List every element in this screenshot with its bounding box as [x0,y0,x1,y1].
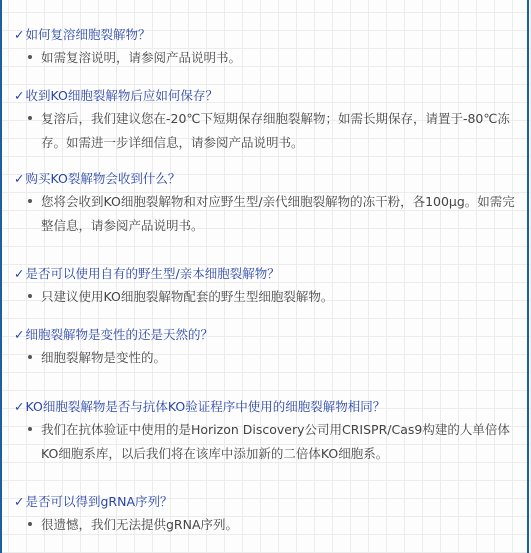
faq-answer: 很遗憾，我们无法提供gRNA序列。 [28,513,516,537]
faq-question: ✓如何复溶细胞裂解物？ [14,26,151,44]
faq-question: ✓收到KO细胞裂解物后应如何保存？ [14,87,218,105]
faq-answer: 您将会收到KO细胞裂解物和对应野生型/亲代细胞裂解物的冻干粉，各100μg。如需… [28,190,516,238]
check-icon: ✓ [14,27,24,42]
answer-text: 您将会收到KO细胞裂解物和对应野生型/亲代细胞裂解物的冻干粉，各100μg。如需… [28,190,516,238]
answer-text: 只建议使用KO细胞裂解物配套的野生型细胞裂解物。 [28,285,516,309]
answer-text: 很遗憾，我们无法提供gRNA序列。 [28,513,516,537]
bullet-icon [28,199,32,203]
faq-question: ✓购买KO裂解物会收到什么？ [14,170,180,188]
check-icon: ✓ [14,327,24,342]
faq-question: ✓是否可以使用自有的野生型/亲本细胞裂解物？ [14,265,280,283]
question-text: 收到KO细胞裂解物后应如何保存？ [25,88,217,103]
faq-answer: 复溶后，我们建议您在-20℃下短期保存细胞裂解物；如需长期保存，请置于-80℃冻… [28,107,516,155]
answer-text: 我们在抗体验证中使用的是Horizon Discovery公司用CRISPR/C… [28,418,516,466]
bullet-icon [28,427,32,431]
check-icon: ✓ [14,494,24,509]
bullet-icon [28,55,32,59]
faq-question: ✓细胞裂解物是变性的还是天然的？ [14,326,213,344]
question-text: 细胞裂解物是变性的还是天然的？ [25,327,213,342]
left-border [0,0,2,553]
question-text: 是否可以得到gRNA序列？ [25,494,172,509]
bullet-icon [28,116,32,120]
check-icon: ✓ [14,171,24,186]
check-icon: ✓ [14,266,24,281]
faq-answer: 我们在抗体验证中使用的是Horizon Discovery公司用CRISPR/C… [28,418,516,466]
answer-text: 细胞裂解物是变性的。 [28,346,516,370]
right-border [527,0,529,553]
question-text: 购买KO裂解物会收到什么？ [25,171,180,186]
bullet-icon [28,294,32,298]
answer-text: 复溶后，我们建议您在-20℃下短期保存细胞裂解物；如需长期保存，请置于-80℃冻… [28,107,516,155]
faq-answer: 细胞裂解物是变性的。 [28,346,516,370]
faq-question: ✓KO细胞裂解物是否与抗体KO验证程序中使用的细胞裂解物相同？ [14,398,385,416]
question-text: 如何复溶细胞裂解物？ [25,27,150,42]
faq-page: ✓如何复溶细胞裂解物？ 如需复溶说明，请参阅产品说明书。 ✓收到KO细胞裂解物后… [0,0,531,553]
faq-answer: 如需复溶说明，请参阅产品说明书。 [28,46,516,70]
question-text: 是否可以使用自有的野生型/亲本细胞裂解物？ [25,266,279,281]
bullet-icon [28,355,32,359]
faq-question: ✓是否可以得到gRNA序列？ [14,493,173,511]
faq-answer: 只建议使用KO细胞裂解物配套的野生型细胞裂解物。 [28,285,516,309]
question-text: KO细胞裂解物是否与抗体KO验证程序中使用的细胞裂解物相同？ [25,399,385,414]
check-icon: ✓ [14,88,24,103]
answer-text: 如需复溶说明，请参阅产品说明书。 [28,46,516,70]
check-icon: ✓ [14,399,24,414]
bullet-icon [28,522,32,526]
